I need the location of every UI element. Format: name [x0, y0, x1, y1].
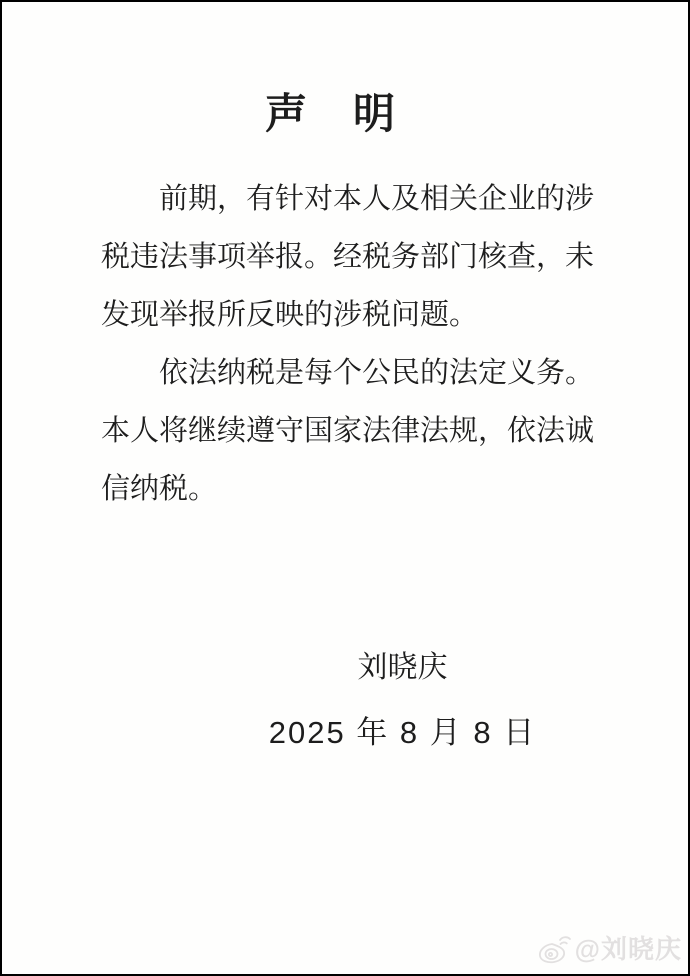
statement-paragraph-1: 前期，有针对本人及相关企业的涉税违法事项举报。经税务部门核查，未发现举报所反映的… — [101, 170, 597, 344]
statement-title: 声 明 — [0, 90, 674, 138]
statement-body: 前期，有针对本人及相关企业的涉税违法事项举报。经税务部门核查，未发现举报所反映的… — [101, 170, 597, 518]
weibo-watermark: @刘晓庆 — [538, 929, 682, 966]
statement-date: 2025 年 8 月 8 日 — [2, 713, 688, 753]
watermark-handle: @刘晓庆 — [575, 929, 682, 966]
signature-name: 刘晓庆 — [2, 650, 688, 686]
statement-paragraph-2: 依法纳税是每个公民的法定义务。本人将继续遵守国家法律法规，依法诚信纳税。 — [101, 344, 597, 518]
statement-page: 声 明 前期，有针对本人及相关企业的涉税违法事项举报。经税务部门核查，未发现举报… — [0, 0, 690, 976]
weibo-logo-icon — [538, 932, 572, 964]
